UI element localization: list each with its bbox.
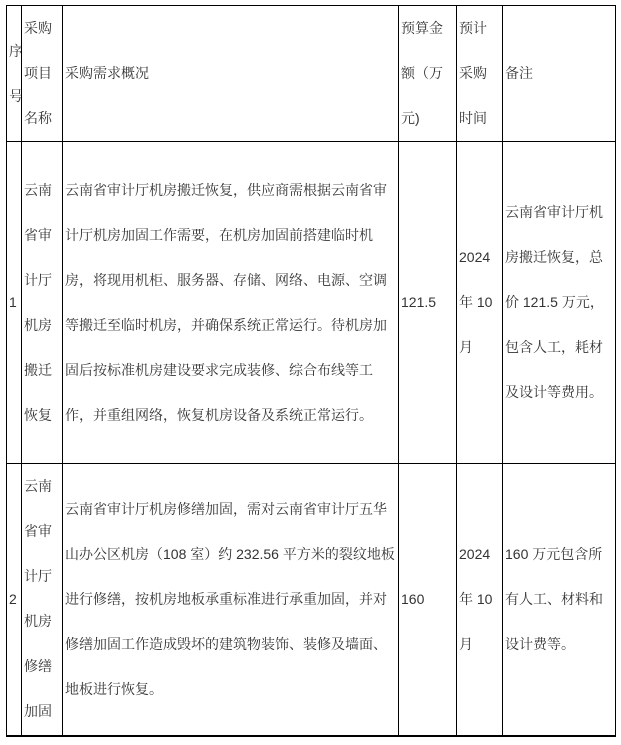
row2-remarks: 160 万元包含所有人工、材料和设计费等。 [503, 464, 616, 736]
row1-remarks: 云南省审计厅机房搬迁恢复，总价 121.5 万元，包含人工，耗材及设计等费用。 [503, 142, 616, 464]
table-row: 1 云南省审计厅机房搬迁恢复 云南省审计厅机房搬迁恢复，供应商需根据云南省审计厅… [7, 142, 616, 464]
procurement-plan-table: 序号 采购项目名称 采购需求概况 预算金额（万元) 预计采购时间 备注 1 云南… [6, 5, 616, 737]
header-cell-remarks: 备注 [503, 6, 616, 142]
header-cell-project-name: 采购项目名称 [22, 6, 63, 142]
header-cell-budget-amount: 预算金额（万元) [399, 6, 457, 142]
row1-project-name: 云南省审计厅机房搬迁恢复 [22, 142, 63, 464]
table-header-row: 序号 采购项目名称 采购需求概况 预算金额（万元) 预计采购时间 备注 [7, 6, 616, 142]
header-cell-demand-overview: 采购需求概况 [63, 6, 399, 142]
row1-expected-time: 2024 年 10 月 [457, 142, 503, 464]
table-row: 2 云南省审计厅机房修缮加固 云南省审计厅机房修缮加固，需对云南省审计厅五华山办… [7, 464, 616, 736]
document-page: 序号 采购项目名称 采购需求概况 预算金额（万元) 预计采购时间 备注 1 云南… [0, 0, 621, 745]
header-cell-expected-time: 预计采购时间 [457, 6, 503, 142]
row2-expected-time: 2024 年 10 月 [457, 464, 503, 736]
row1-demand-overview: 云南省审计厅机房搬迁恢复，供应商需根据云南省审计厅机房加固工作需要，在机房加固前… [63, 142, 399, 464]
row2-budget-amount: 160 [399, 464, 457, 736]
row1-budget-amount: 121.5 [399, 142, 457, 464]
header-cell-serial-number: 序号 [7, 6, 22, 142]
row1-serial-number: 1 [7, 142, 22, 464]
row2-serial-number: 2 [7, 464, 22, 736]
row2-demand-overview: 云南省审计厅机房修缮加固，需对云南省审计厅五华山办公区机房（108 室）约 23… [63, 464, 399, 736]
row2-project-name: 云南省审计厅机房修缮加固 [22, 464, 63, 736]
